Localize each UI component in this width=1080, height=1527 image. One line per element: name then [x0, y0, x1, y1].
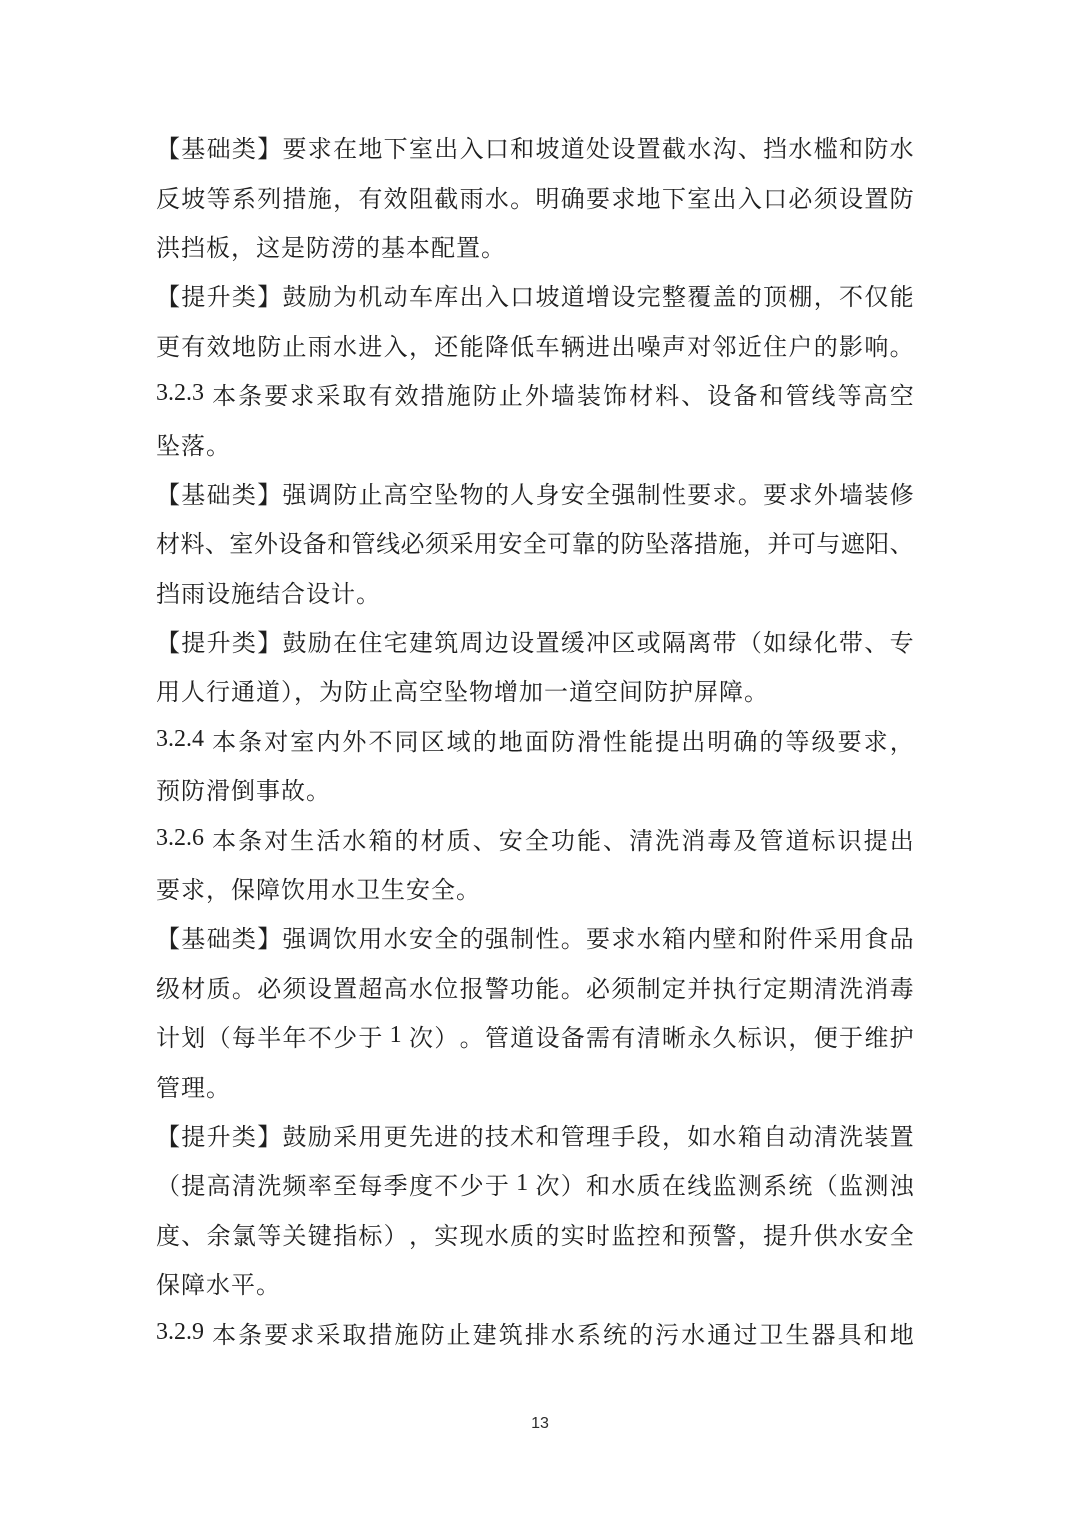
text-line: 3.2.9 本条要求采取措施防止建筑排水系统的污水通过卫生器具和地 [156, 1307, 914, 1356]
text-line: 用人行通道），为防止高空坠物增加一道空间防护屏障。 [156, 665, 914, 714]
paragraph: 3.2.4 本条对室内外不同区域的地面防滑性能提出明确的等级要求，预防滑倒事故。 [156, 715, 914, 814]
paragraph: 3.2.9 本条要求采取措施防止建筑排水系统的污水通过卫生器具和地 [156, 1307, 914, 1356]
paragraph: 【基础类】要求在地下室出入口和坡道处设置截水沟、挡水槛和防水反坡等系列措施，有效… [156, 122, 914, 270]
text-line: 3.2.6 本条对生活水箱的材质、安全功能、清洗消毒及管道标识提出 [156, 813, 914, 862]
text-line: 预防滑倒事故。 [156, 764, 914, 813]
text-line: 度、余氯等关键指标），实现水质的实时监控和预警，提升供水安全 [156, 1209, 914, 1258]
text-line: 反坡等系列措施，有效阻截雨水。明确要求地下室出入口必须设置防 [156, 171, 914, 220]
text-line: 保障水平。 [156, 1258, 914, 1307]
document-page: 【基础类】要求在地下室出入口和坡道处设置截水沟、挡水槛和防水反坡等系列措施，有效… [0, 0, 1080, 1527]
paragraph: 【提升类】鼓励为机动车库出入口坡道增设完整覆盖的顶棚，不仅能更有效地防止雨水进入… [156, 270, 914, 369]
text-line: 管理。 [156, 1060, 914, 1109]
text-line: 【提升类】鼓励为机动车库出入口坡道增设完整覆盖的顶棚，不仅能 [156, 270, 914, 319]
text-line: 级材质。必须设置超高水位报警功能。必须制定并执行定期清洗消毒 [156, 962, 914, 1011]
text-line: 材料、室外设备和管线必须采用安全可靠的防坠落措施，并可与遮阳、 [156, 517, 914, 566]
text-line: 洪挡板，这是防涝的基本配置。 [156, 221, 914, 270]
text-line: 要求，保障饮用水卫生安全。 [156, 863, 914, 912]
text-line: 更有效地防止雨水进入，还能降低车辆进出噪声对邻近住户的影响。 [156, 320, 914, 369]
text-line: 计划（每半年不少于 1 次）。管道设备需有清晰永久标识，便于维护 [156, 1011, 914, 1060]
paragraph: 3.2.6 本条对生活水箱的材质、安全功能、清洗消毒及管道标识提出要求，保障饮用… [156, 813, 914, 912]
text-line: 3.2.3 本条要求采取有效措施防止外墙装饰材料、设备和管线等高空 [156, 369, 914, 418]
text-line: 挡雨设施结合设计。 [156, 567, 914, 616]
text-line: 【基础类】强调防止高空坠物的人身安全强制性要求。要求外墙装修 [156, 468, 914, 517]
paragraph: 【提升类】鼓励在住宅建筑周边设置缓冲区或隔离带（如绿化带、专用人行通道），为防止… [156, 616, 914, 715]
text-line: 【提升类】鼓励在住宅建筑周边设置缓冲区或隔离带（如绿化带、专 [156, 616, 914, 665]
paragraph: 【提升类】鼓励采用更先进的技术和管理手段，如水箱自动清洗装置（提高清洗频率至每季… [156, 1110, 914, 1308]
page-number: 13 [0, 1415, 1080, 1433]
text-line: 3.2.4 本条对室内外不同区域的地面防滑性能提出明确的等级要求， [156, 715, 914, 764]
paragraph: 3.2.3 本条要求采取有效措施防止外墙装饰材料、设备和管线等高空坠落。 [156, 369, 914, 468]
text-line: 【基础类】要求在地下室出入口和坡道处设置截水沟、挡水槛和防水 [156, 122, 914, 171]
document-body: 【基础类】要求在地下室出入口和坡道处设置截水沟、挡水槛和防水反坡等系列措施，有效… [156, 122, 914, 1357]
paragraph: 【基础类】强调防止高空坠物的人身安全强制性要求。要求外墙装修材料、室外设备和管线… [156, 468, 914, 616]
text-line: （提高清洗频率至每季度不少于 1 次）和水质在线监测系统（监测浊 [156, 1159, 914, 1208]
text-line: 【基础类】强调饮用水安全的强制性。要求水箱内壁和附件采用食品 [156, 912, 914, 961]
text-line: 【提升类】鼓励采用更先进的技术和管理手段，如水箱自动清洗装置 [156, 1110, 914, 1159]
paragraph: 【基础类】强调饮用水安全的强制性。要求水箱内壁和附件采用食品级材质。必须设置超高… [156, 912, 914, 1110]
text-line: 坠落。 [156, 418, 914, 467]
